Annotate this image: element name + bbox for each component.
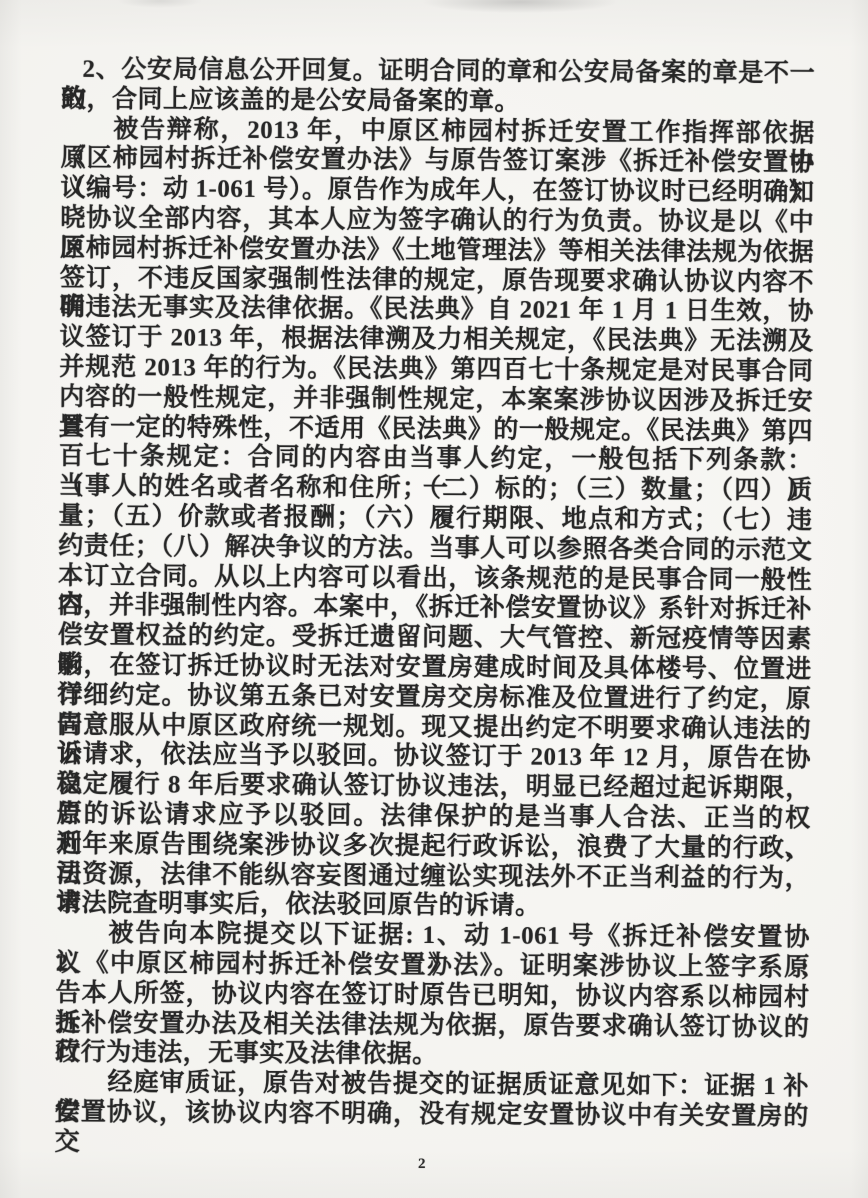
text-line: 2、《中原区柿园村拆迁补偿安置办法》。证明案涉协议上签字系原 bbox=[56, 949, 810, 983]
text-line: 同意服从中原区政府统一规划。现又提出约定不明要求确认违法的诉 bbox=[57, 710, 811, 744]
text-line: 量；（五）价款或者报酬；（六）履行期限、地点和方式；（七）违 bbox=[58, 502, 812, 536]
page-number: 2 bbox=[418, 1156, 426, 1173]
text-line: 原区柿园村拆迁补偿安置办法》与原告签订案涉《拆迁补偿安置协议》 bbox=[61, 144, 815, 178]
document-page: 2、公安局信息公开回复。证明合同的章和公安局备案的章是不一致 的，合同上应该盖的… bbox=[0, 0, 868, 1198]
text-line: 告本人所签，协议内容在签订时原告已明知，协议内容系以柿园村拆 bbox=[55, 978, 809, 1012]
text-line: 响，在签订拆迁协议时无法对安置房建成时间及具体楼号、位置进行 bbox=[57, 651, 811, 685]
text-line: 容，并非强制性内容。本案中，《拆迁补偿安置协议》系针对拆迁补 bbox=[58, 591, 812, 625]
text-line: 议签订于 2013 年，根据法律溯及力相关规定，《民法典》无法溯及 bbox=[59, 323, 813, 357]
text-line: 政行为违法，无事实及法律依据。 bbox=[55, 1038, 809, 1072]
text-line: 告的诉讼请求应予以驳回。法律保护的是当事人合法、正当的权利， bbox=[57, 800, 811, 834]
text-line: 讼请求，依法应当予以驳回。协议签订于 2013 年 12 月，原告在协议 bbox=[57, 740, 811, 774]
text-line: 确违法无事实及法律依据。《民法典》自 2021 年 1 月 1 日生效，协 bbox=[60, 293, 814, 327]
text-line: 百七十条规定：合同的内容由当事人约定，一般包括下列条款：（一） bbox=[59, 442, 813, 476]
text-line: 具有一定的特殊性，不适用《民法典》的一般规定。《民法典》第四 bbox=[59, 412, 813, 446]
text-line: 内容的一般性规定，并非强制性规定，本案案涉协议因涉及拆迁安置， bbox=[59, 382, 813, 416]
text-line: 稳定履行 8 年后要求确认签订协议违法，明显已经超过起诉期限，原 bbox=[57, 770, 811, 804]
text-line: 迁补偿安置办法及相关法律法规为依据，原告要求确认签订协议的行 bbox=[55, 1008, 809, 1042]
text-line: 并规范 2013 年的行为。《民法典》第四百七十条规定是对民事合同 bbox=[59, 353, 813, 387]
text-line: 法资源，法律不能纵容妄图通过缠讼实现法外不正当利益的行为，请 bbox=[56, 859, 810, 893]
text-line: （编号：动 1-061 号）。原告作为成年人，在签订协议时已经明确知 bbox=[60, 174, 814, 208]
text-line: 晓协议全部内容，其本人应为签字确认的行为负责。协议是以《中原 bbox=[60, 204, 814, 238]
text-line: 近年来原告围绕案涉协议多次提起行政诉讼，浪费了大量的行政、司 bbox=[56, 829, 810, 863]
text-line: 详细约定。协议第五条已对安置房交房标准及位置进行了约定，原告 bbox=[57, 680, 811, 714]
text-line: 的，合同上应该盖的是公安局备案的章。 bbox=[61, 85, 815, 119]
text-line: 本订立合同。从以上内容可以看出，该条规范的是民事合同一般性内 bbox=[58, 561, 812, 595]
text-line: 求法院查明事实后，依法驳回原告的诉请。 bbox=[56, 889, 810, 923]
text-line: 签订，不违反国家强制性法律的规定，原告现要求确认协议内容不明 bbox=[60, 263, 814, 297]
text-line: 区柿园村拆迁补偿安置办法》《土地管理法》等相关法律法规为依据 bbox=[60, 233, 814, 267]
text-line: 偿安置权益的约定。受拆迁遗留问题、大气管控、新冠疫情等因素影 bbox=[58, 621, 812, 655]
text-line: 被告向本院提交以下证据: 1、动 1-061 号《拆迁补偿安置协议》; bbox=[56, 919, 810, 953]
text-line: 当事人的姓名或者名称和住所；（二）标的；（三）数量；（四）质 bbox=[59, 472, 813, 506]
document-body: 2、公安局信息公开回复。证明合同的章和公安局备案的章是不一致 的，合同上应该盖的… bbox=[55, 55, 816, 1132]
text-line: 安置协议，该协议内容不明确，没有规定安置协议中有关安置房的交 bbox=[55, 1098, 809, 1132]
text-line: 2、公安局信息公开回复。证明合同的章和公安局备案的章是不一致 bbox=[61, 55, 815, 89]
text-line: 被告辩称，2013 年，中原区柿园村拆迁安置工作指挥部依据《中 bbox=[61, 114, 815, 148]
text-line: 约责任；（八）解决争议的方法。当事人可以参照各类合同的示范文 bbox=[58, 531, 812, 565]
text-line: 经庭审质证，原告对被告提交的证据质证意见如下：证据 1 补偿 bbox=[55, 1068, 809, 1102]
